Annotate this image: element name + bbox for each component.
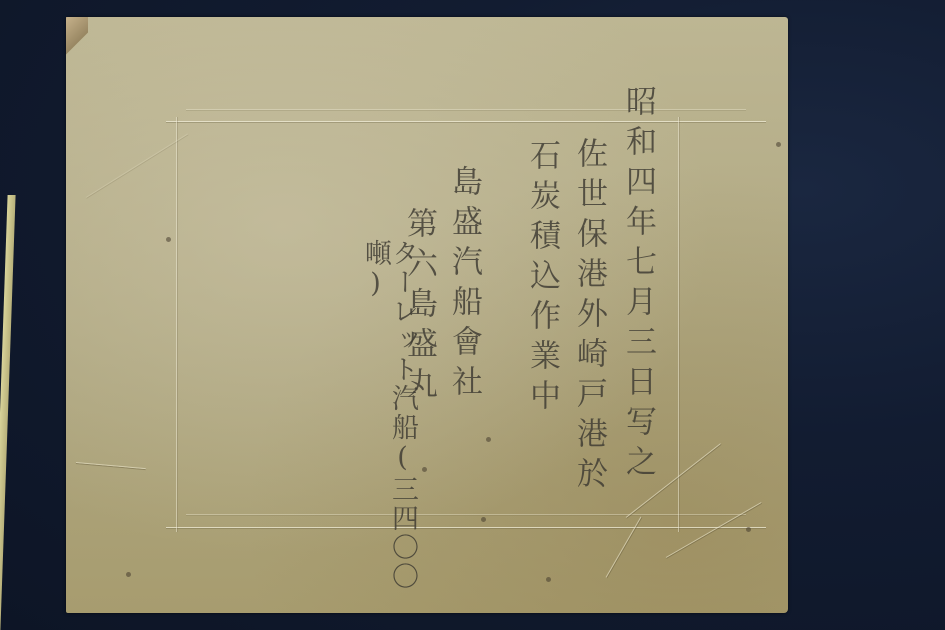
adjacent-object-edge (0, 195, 16, 630)
embossed-frame-bottom-inner (186, 514, 746, 515)
paper-crease (76, 462, 146, 469)
embossed-frame-top-inner (186, 109, 746, 110)
foxing-spot (126, 572, 131, 577)
foxing-spot (166, 237, 171, 242)
foxing-spot (546, 577, 551, 582)
embossed-frame-bottom (166, 527, 766, 528)
embossed-frame-right (678, 117, 679, 532)
inscription-line-location: 佐世保港外崎戸港於 (573, 137, 604, 497)
inscription-line-activity: 石炭積込作業中 (526, 139, 557, 419)
photo-mount-board: 昭和四年七月三日写之 佐世保港外崎戸港於 石炭積込作業中 島盛汽船會社 第六島盛… (66, 17, 788, 613)
foxing-spot (746, 527, 751, 532)
foxing-spot (486, 437, 491, 442)
inscription-line-ship-type: ターレット汽船(三四〇〇噸) (362, 239, 416, 613)
foxing-spot (776, 142, 781, 147)
foxing-spot (481, 517, 486, 522)
paper-crease (86, 133, 188, 197)
embossed-frame-left (176, 117, 177, 532)
foxing-spot (422, 467, 427, 472)
paper-crease (606, 517, 642, 578)
inscription-line-company: 島盛汽船會社 (448, 165, 479, 405)
inscription-line-date: 昭和四年七月三日写之 (622, 85, 653, 485)
embossed-frame-top (166, 121, 766, 122)
